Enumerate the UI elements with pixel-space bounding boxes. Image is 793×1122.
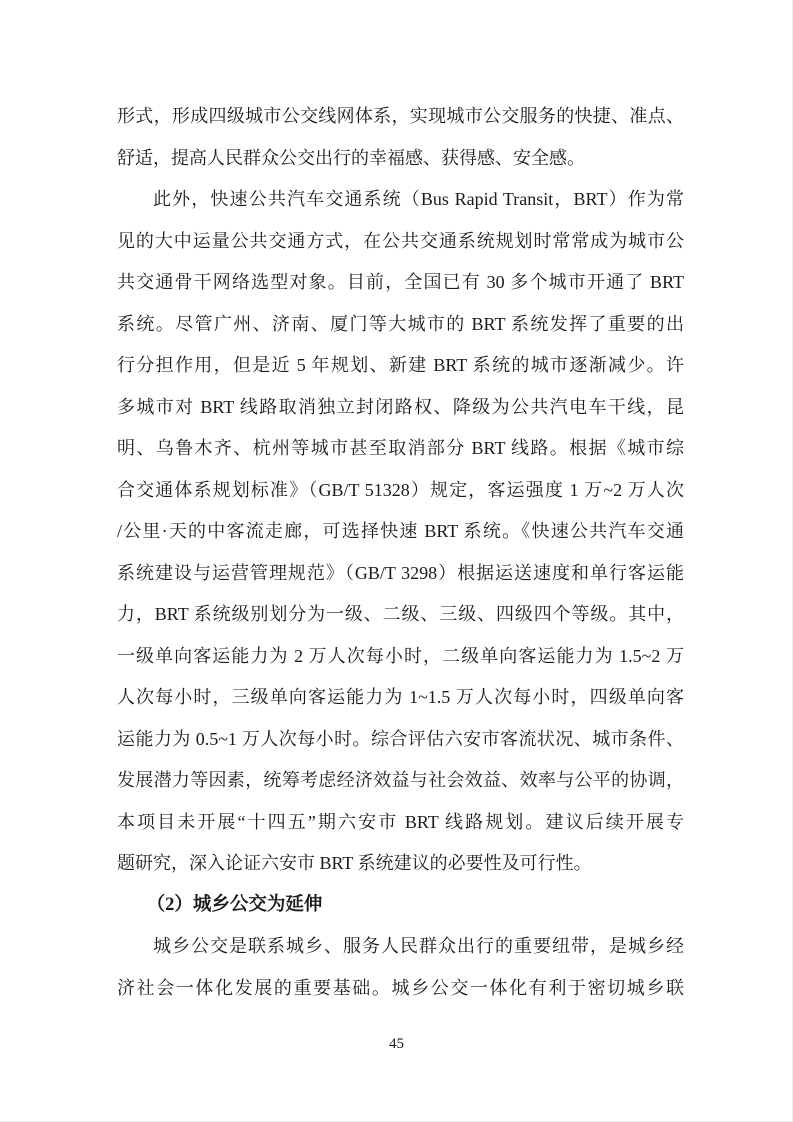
text-line: 一级单向客运能力为 2 万人次每小时，二级单向客运能力为 1.5~2 万 — [117, 636, 684, 678]
text-line: 本项目未开展“十四五”期六安市 BRT 线路规划。建议后续开展专 — [117, 802, 684, 844]
document-page: 形式，形成四级城市公交线网体系，实现城市公交服务的快捷、准点、 舒适，提高人民群… — [0, 0, 793, 1122]
text-line: 系统建设与运营管理规范》（GB/T 3298）根据运送速度和单行客运能 — [117, 553, 684, 595]
text-line: /公里·天的中客流走廊，可选择快速 BRT 系统。《快速公共汽车交通 — [117, 511, 684, 553]
text-line: 力，BRT 系统级别划分为一级、二级、三级、四级四个等级。其中， — [117, 594, 684, 636]
document-body: 形式，形成四级城市公交线网体系，实现城市公交服务的快捷、准点、 舒适，提高人民群… — [117, 96, 684, 1009]
text-line: 此外，快速公共汽车交通系统（Bus Rapid Transit，BRT）作为常 — [117, 179, 684, 221]
text-line: 形式，形成四级城市公交线网体系，实现城市公交服务的快捷、准点、 — [117, 96, 684, 138]
text-line: 发展潜力等因素，统筹考虑经济效益与社会效益、效率与公平的协调， — [117, 760, 684, 802]
text-line: 合交通体系规划标准》（GB/T 51328）规定，客运强度 1 万~2 万人次 — [117, 470, 684, 512]
page-number: 45 — [0, 1036, 793, 1053]
text-line: 系统。尽管广州、济南、厦门等大城市的 BRT 系统发挥了重要的出 — [117, 304, 684, 346]
text-line: 明、乌鲁木齐、杭州等城市甚至取消部分 BRT 线路。根据《城市综 — [117, 428, 684, 470]
text-line: 题研究，深入论证六安市 BRT 系统建议的必要性及可行性。 — [117, 843, 684, 885]
text-line: 多城市对 BRT 线路取消独立封闭路权、降级为公共汽电车干线，昆 — [117, 387, 684, 429]
text-line: 济社会一体化发展的重要基础。城乡公交一体化有利于密切城乡联 — [117, 968, 684, 1010]
section-heading: （2）城乡公交为延伸 — [117, 885, 684, 927]
text-line: 运能力为 0.5~1 万人次每小时。综合评估六安市客流状况、城市条件、 — [117, 719, 684, 761]
text-line: 行分担作用，但是近 5 年规划、新建 BRT 系统的城市逐渐减少。许 — [117, 345, 684, 387]
text-line: 舒适，提高人民群众公交出行的幸福感、获得感、安全感。 — [117, 138, 684, 180]
text-line: 城乡公交是联系城乡、服务人民群众出行的重要纽带，是城乡经 — [117, 926, 684, 968]
text-line: 共交通骨干网络选型对象。目前，全国已有 30 多个城市开通了 BRT — [117, 262, 684, 304]
text-line: 见的大中运量公共交通方式，在公共交通系统规划时常常成为城市公 — [117, 221, 684, 263]
text-line: 人次每小时，三级单向客运能力为 1~1.5 万人次每小时，四级单向客 — [117, 677, 684, 719]
